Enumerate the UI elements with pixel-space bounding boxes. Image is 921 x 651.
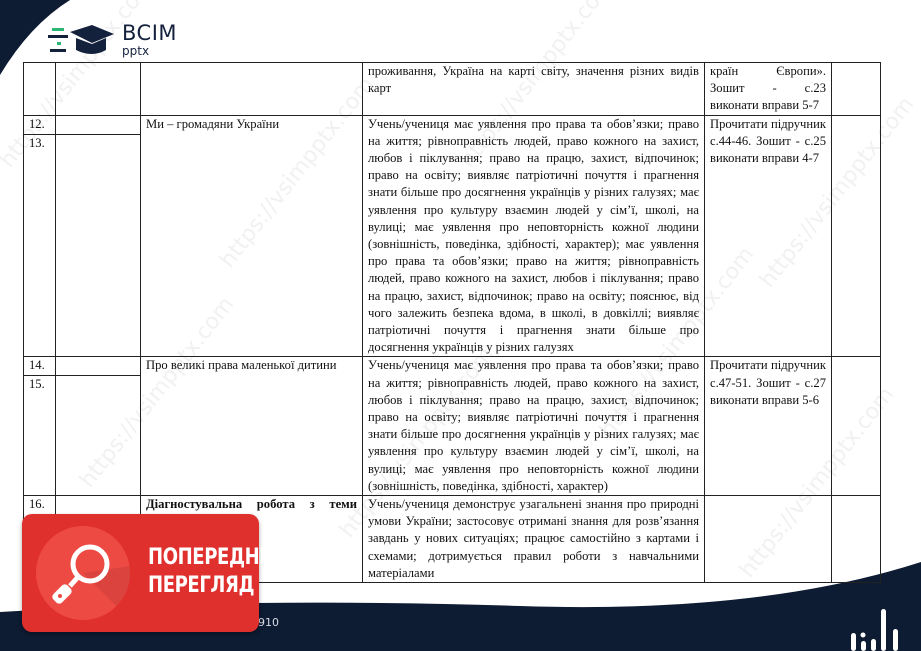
lesson-number: 12.: [24, 115, 56, 134]
logo-subtitle: pptx: [122, 45, 177, 57]
homework-cell: Прочитати підручник с.44-46. Зошит - с.2…: [705, 115, 832, 357]
outcomes-cell: Учень/учениця має уявлення про права та …: [363, 115, 705, 357]
homework-cell: [705, 496, 832, 583]
outcomes-cell: Учень/учениця має уявлення про права та …: [363, 357, 705, 496]
table-row: проживання, Україна на карті світу, знач…: [24, 63, 881, 116]
footer-page-text: 910: [258, 616, 279, 629]
graduation-cap-icon: [48, 22, 116, 58]
lesson-number: [24, 63, 56, 116]
lesson-number: 13.: [24, 134, 56, 357]
topic-cell: [141, 63, 363, 116]
lesson-number: 14.: [24, 357, 56, 376]
outcomes-cell: проживання, Україна на карті світу, знач…: [363, 63, 705, 116]
preview-label: ПОПЕРЕДНІЙ ПЕРЕГЛЯД: [148, 544, 280, 600]
lesson-plan-table: проживання, Україна на карті світу, знач…: [23, 62, 881, 583]
date-cell: [56, 115, 141, 134]
date-cell: [56, 134, 141, 357]
topic-cell: Про великі права маленької дитини: [141, 357, 363, 496]
logo: BCIM pptx: [48, 22, 177, 58]
outcomes-cell: Учень/учениця демонструє узагальнені зна…: [363, 496, 705, 583]
date-cell: [56, 63, 141, 116]
preview-label-line2: ПЕРЕГЛЯД: [148, 572, 280, 600]
magnifier-icon: [36, 526, 130, 620]
logo-title: BCIM: [122, 23, 177, 44]
preview-label-line1: ПОПЕРЕДНІЙ: [148, 544, 280, 572]
date-cell: [56, 375, 141, 495]
table-row: 12. Ми – громадяни України Учень/учениця…: [24, 115, 881, 134]
note-cell: [832, 63, 881, 116]
brand-bars-icon: [843, 603, 913, 651]
preview-badge[interactable]: ПОПЕРЕДНІЙ ПЕРЕГЛЯД: [22, 514, 259, 632]
date-cell: [56, 357, 141, 376]
lesson-number: 15.: [24, 375, 56, 495]
note-cell: [832, 357, 881, 496]
homework-cell: країн Європи». Зошит - с.23 виконати впр…: [705, 63, 832, 116]
table-row: 14. Про великі права маленької дитини Уч…: [24, 357, 881, 376]
note-cell: [832, 496, 881, 583]
topic-cell: Ми – громадяни України: [141, 115, 363, 357]
homework-cell: Прочитати підручник с.47-51. Зошит - с.2…: [705, 357, 832, 496]
note-cell: [832, 115, 881, 357]
